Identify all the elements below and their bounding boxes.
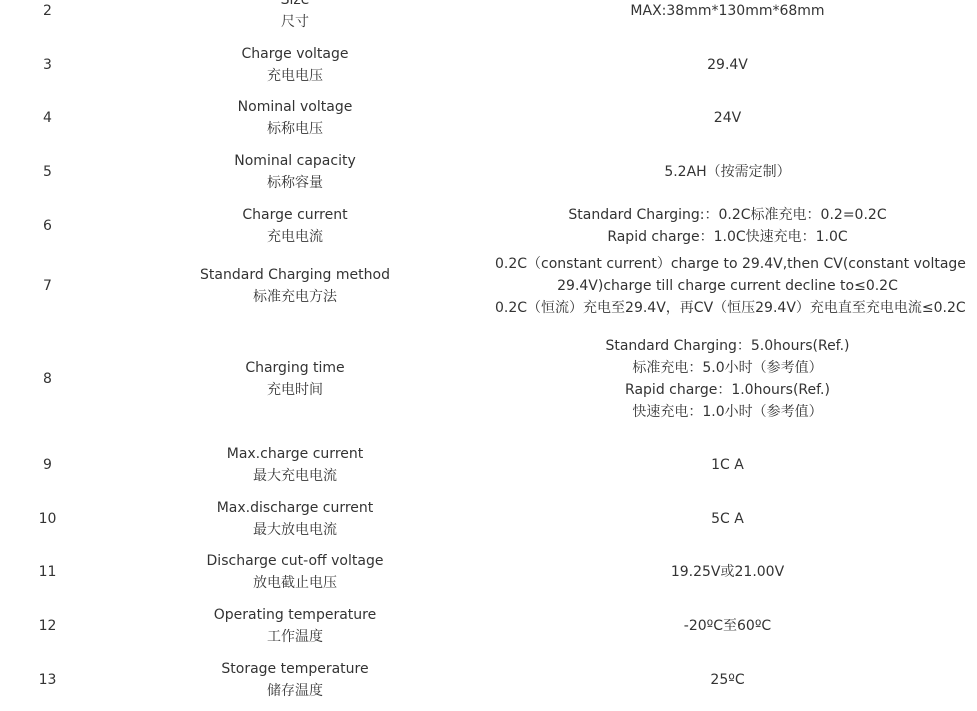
value-line: 29.4V bbox=[495, 54, 960, 76]
item-name-cn: 标准充电方法 bbox=[95, 286, 495, 308]
value-line: 标准充电：5.0小时（参考值） bbox=[495, 357, 960, 379]
item-value: MAX:38mm*130mm*68mm bbox=[495, 0, 960, 38]
item-name-en: Discharge cut-off voltage bbox=[95, 550, 495, 572]
item-name-en: Operating temperature bbox=[95, 604, 495, 626]
table-row-max-charge-current: 9 Max.charge current 最大充电电流 1C A bbox=[0, 438, 960, 492]
item-name: Size 尺寸 bbox=[95, 0, 495, 38]
item-name: Max.discharge current 最大放电电流 bbox=[95, 492, 495, 546]
item-name: Standard Charging method 标准充电方法 bbox=[95, 253, 495, 320]
row-number: 10 bbox=[0, 492, 95, 546]
value-line: 25ºC bbox=[495, 669, 960, 691]
table-row-max-discharge-current: 10 Max.discharge current 最大放电电流 5C A bbox=[0, 492, 960, 546]
table-row-charging-time: 8 Charging time 充电时间 Standard Charging：5… bbox=[0, 320, 960, 438]
item-name: Storage temperature 储存温度 bbox=[95, 653, 495, 707]
item-name-en: Max.charge current bbox=[95, 443, 495, 465]
value-line: 0.2C（constant current）charge to 29.4V,th… bbox=[495, 253, 960, 275]
row-number: 9 bbox=[0, 438, 95, 492]
value-line: 19.25V或21.00V bbox=[495, 561, 960, 583]
item-value: 5.2AH（按需定制） bbox=[495, 145, 960, 199]
table-row-charge-voltage: 3 Charge voltage 充电电压 29.4V bbox=[0, 38, 960, 92]
item-name-cn: 标称电压 bbox=[95, 118, 495, 140]
table-row-storage-temperature: 13 Storage temperature 储存温度 25ºC bbox=[0, 653, 960, 707]
row-number: 4 bbox=[0, 92, 95, 146]
table-row-operating-temperature: 12 Operating temperature 工作温度 -20ºC至60ºC bbox=[0, 599, 960, 653]
item-name-cn: 标称容量 bbox=[95, 172, 495, 194]
item-name: Discharge cut-off voltage 放电截止电压 bbox=[95, 546, 495, 600]
item-name: Charge current 充电电流 bbox=[95, 199, 495, 253]
value-line: 29.4V)charge till charge current decline… bbox=[495, 275, 960, 297]
value-line: 5.2AH（按需定制） bbox=[495, 161, 960, 183]
value-line: 24V bbox=[495, 107, 960, 129]
item-name: Operating temperature 工作温度 bbox=[95, 599, 495, 653]
value-line: 0.2C（恒流）充电至29.4V，再CV（恒压29.4V）充电直至充电电流≤0.… bbox=[495, 297, 960, 319]
table-row-nominal-voltage: 4 Nominal voltage 标称电压 24V bbox=[0, 92, 960, 146]
row-number: 12 bbox=[0, 599, 95, 653]
item-name-en: Storage temperature bbox=[95, 658, 495, 680]
value-line: 1C A bbox=[495, 454, 960, 476]
row-number: 11 bbox=[0, 546, 95, 600]
table-row-size: 2 Size 尺寸 MAX:38mm*130mm*68mm bbox=[0, 0, 960, 38]
item-value: 29.4V bbox=[495, 38, 960, 92]
row-number: 6 bbox=[0, 199, 95, 253]
row-number: 5 bbox=[0, 145, 95, 199]
value-line: Standard Charging：5.0hours(Ref.) bbox=[495, 335, 960, 357]
item-value: Standard Charging:：0.2C标准充电：0.2=0.2C Rap… bbox=[495, 199, 960, 253]
table-row-nominal-capacity: 5 Nominal capacity 标称容量 5.2AH（按需定制） bbox=[0, 145, 960, 199]
item-name-cn: 最大充电电流 bbox=[95, 465, 495, 487]
value-line: Rapid charge：1.0C快速充电：1.0C bbox=[495, 226, 960, 248]
item-name-en: Nominal voltage bbox=[95, 96, 495, 118]
item-name-en: Nominal capacity bbox=[95, 150, 495, 172]
item-name-cn: 储存温度 bbox=[95, 680, 495, 702]
item-name-en: Size bbox=[95, 0, 495, 11]
row-number: 7 bbox=[0, 253, 95, 320]
item-name: Nominal capacity 标称容量 bbox=[95, 145, 495, 199]
table-row-standard-charging-method: 7 Standard Charging method 标准充电方法 0.2C（c… bbox=[0, 253, 960, 320]
value-line: 5C A bbox=[495, 508, 960, 530]
item-name-cn: 放电截止电压 bbox=[95, 572, 495, 594]
table-row-charge-current: 6 Charge current 充电电流 Standard Charging:… bbox=[0, 199, 960, 253]
item-value: 25ºC bbox=[495, 653, 960, 707]
item-name-en: Charge voltage bbox=[95, 43, 495, 65]
row-number: 2 bbox=[0, 0, 95, 38]
item-name-en: Charging time bbox=[95, 357, 495, 379]
item-value: -20ºC至60ºC bbox=[495, 599, 960, 653]
value-line: Standard Charging:：0.2C标准充电：0.2=0.2C bbox=[495, 204, 960, 226]
item-name-en: Standard Charging method bbox=[95, 264, 495, 286]
row-number: 8 bbox=[0, 320, 95, 438]
value-line: 快速充电：1.0小时（参考值） bbox=[495, 401, 960, 423]
item-name-cn: 工作温度 bbox=[95, 626, 495, 648]
table-row-discharge-cutoff-voltage: 11 Discharge cut-off voltage 放电截止电压 19.2… bbox=[0, 546, 960, 600]
item-name: Charging time 充电时间 bbox=[95, 320, 495, 438]
item-name-en: Charge current bbox=[95, 204, 495, 226]
item-value: 5C A bbox=[495, 492, 960, 546]
item-value: 19.25V或21.00V bbox=[495, 546, 960, 600]
item-name-en: Max.discharge current bbox=[95, 497, 495, 519]
spec-table-container: 2 Size 尺寸 MAX:38mm*130mm*68mm 3 Charge v… bbox=[0, 0, 977, 707]
item-value: 1C A bbox=[495, 438, 960, 492]
item-name-cn: 最大放电电流 bbox=[95, 519, 495, 541]
item-name: Charge voltage 充电电压 bbox=[95, 38, 495, 92]
item-name-cn: 尺寸 bbox=[95, 11, 495, 33]
item-name: Nominal voltage 标称电压 bbox=[95, 92, 495, 146]
item-name-cn: 充电电压 bbox=[95, 65, 495, 87]
value-line: Rapid charge：1.0hours(Ref.) bbox=[495, 379, 960, 401]
battery-spec-table: 2 Size 尺寸 MAX:38mm*130mm*68mm 3 Charge v… bbox=[0, 0, 960, 707]
item-name-cn: 充电电流 bbox=[95, 226, 495, 248]
item-name-cn: 充电时间 bbox=[95, 379, 495, 401]
item-value: Standard Charging：5.0hours(Ref.) 标准充电：5.… bbox=[495, 320, 960, 438]
row-number: 3 bbox=[0, 38, 95, 92]
value-line: MAX:38mm*130mm*68mm bbox=[495, 0, 960, 22]
item-value: 0.2C（constant current）charge to 29.4V,th… bbox=[495, 253, 960, 320]
row-number: 13 bbox=[0, 653, 95, 707]
value-line: -20ºC至60ºC bbox=[495, 615, 960, 637]
item-name: Max.charge current 最大充电电流 bbox=[95, 438, 495, 492]
item-value: 24V bbox=[495, 92, 960, 146]
